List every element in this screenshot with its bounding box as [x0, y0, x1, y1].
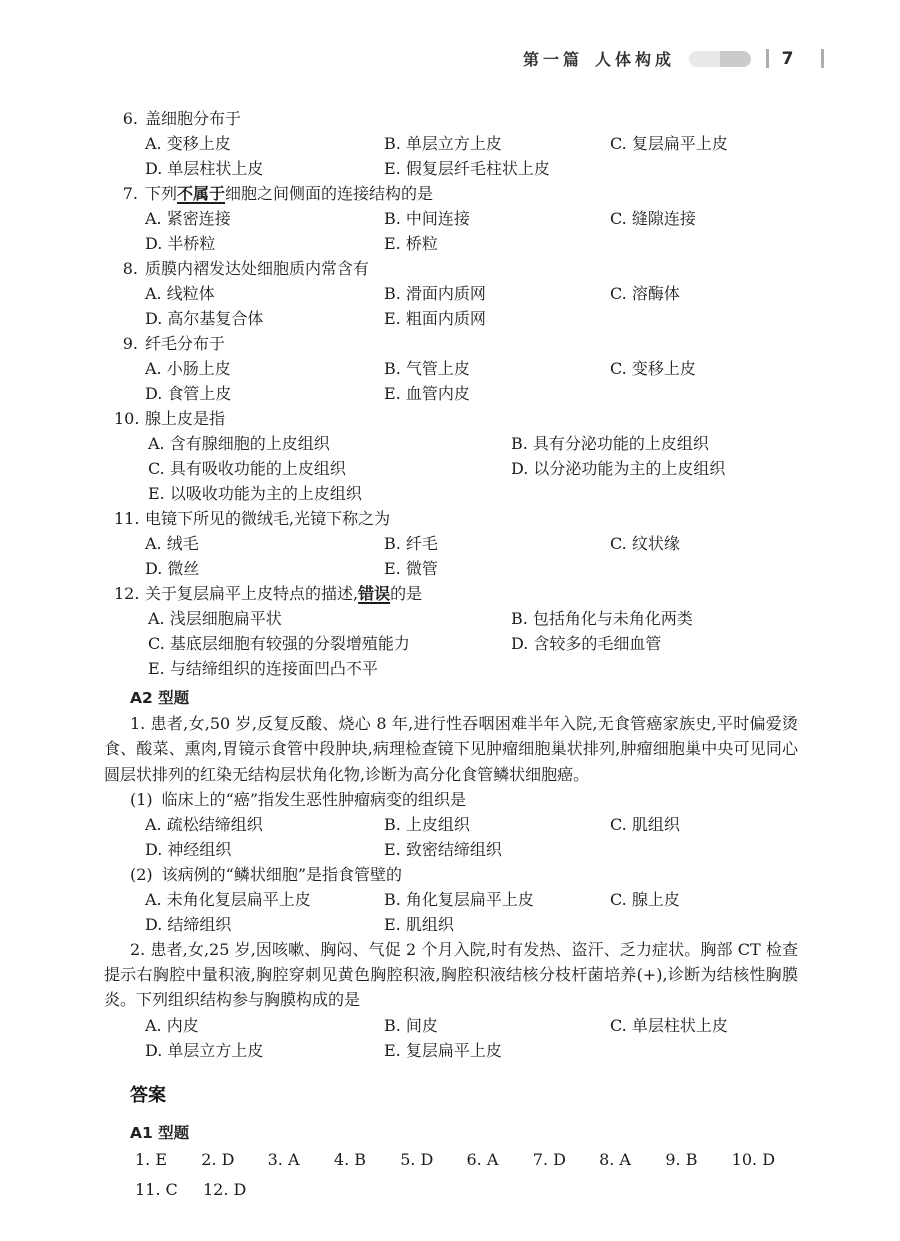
option-b: B. 具有分泌功能的上皮组织 [511, 431, 798, 456]
option-e: E. 致密结缔组织 [384, 837, 610, 862]
answer-item: 12. D [203, 1178, 271, 1203]
question-text: 下列 [145, 184, 177, 203]
option-d: D. 结缔组织 [145, 912, 384, 937]
question-stem: 7.下列不属于细胞之间侧面的连接结构的是 [104, 181, 798, 206]
question-stem: 9.纤毛分布于 [104, 331, 798, 356]
question-number: 9. [114, 331, 138, 356]
option-a: A. 小肠上皮 [145, 356, 384, 381]
option-e: E. 肌组织 [384, 912, 610, 937]
answer-item: 1. E [135, 1148, 201, 1173]
answers-group-a1-label: A1 型题 [130, 1124, 798, 1142]
page-header: 第一篇 人体构成 7 [523, 47, 824, 70]
option-e: E. 假复层纤毛柱状上皮 [384, 156, 610, 181]
question-text: 纤毛分布于 [145, 334, 225, 353]
question-7: 7.下列不属于细胞之间侧面的连接结构的是 A. 紧密连接 B. 中间连接 C. … [104, 181, 798, 256]
part-label: 第一篇 [523, 47, 583, 70]
question-11: 11.电镜下所见的微绒毛,光镜下称之为 A. 绒毛 B. 纤毛 C. 纹状缘 D… [104, 506, 798, 581]
question-number: 11. [114, 506, 138, 531]
answer-item: 9. B [665, 1148, 731, 1173]
option-row: A. 小肠上皮 B. 气管上皮 C. 变移上皮 [104, 356, 798, 381]
question-number: 8. [114, 256, 138, 281]
answer-item: 10. D [732, 1148, 798, 1173]
sub-question-1: (1)临床上的“癌”指发生恶性肿瘤病变的组织是 A. 疏松结缔组织 B. 上皮组… [104, 787, 798, 862]
option-row: D. 神经组织 E. 致密结缔组织 [104, 837, 798, 862]
answer-item: 8. A [599, 1148, 665, 1173]
option-c: C. 复层扁平上皮 [610, 131, 798, 156]
question-text: 质膜内褶发达处细胞质内常含有 [145, 259, 369, 278]
option-c: C. 肌组织 [610, 812, 798, 837]
answer-item: 4. B [334, 1148, 400, 1173]
page-number: 7 [769, 49, 806, 69]
question-number: 7. [114, 181, 138, 206]
option-b: B. 滑面内质网 [384, 281, 610, 306]
option-row: D. 单层柱状上皮 E. 假复层纤毛柱状上皮 [104, 156, 798, 181]
option-row: A. 浅层细胞扁平状 B. 包括角化与未角化两类 [104, 606, 798, 631]
option-e: E. 桥粒 [384, 231, 610, 256]
option-c: C. 缝隙连接 [610, 206, 798, 231]
option-e: E. 粗面内质网 [384, 306, 610, 331]
option-row: A. 疏松结缔组织 B. 上皮组织 C. 肌组织 [104, 812, 798, 837]
option-row: A. 绒毛 B. 纤毛 C. 纹状缘 [104, 531, 798, 556]
option-d: D. 含较多的毛细血管 [511, 631, 798, 656]
question-text: 电镜下所见的微绒毛,光镜下称之为 [145, 509, 390, 528]
question-9: 9.纤毛分布于 A. 小肠上皮 B. 气管上皮 C. 变移上皮 D. 食管上皮 … [104, 331, 798, 406]
option-e: E. 以吸收功能为主的上皮组织 [148, 481, 511, 506]
question-text: 关于复层扁平上皮特点的描述, [145, 584, 358, 603]
option-row: D. 高尔基复合体 E. 粗面内质网 [104, 306, 798, 331]
question-text: 的是 [390, 584, 422, 603]
answer-item: 3. A [268, 1148, 334, 1173]
option-row: D. 半桥粒 E. 桥粒 [104, 231, 798, 256]
option-d: D. 以分泌功能为主的上皮组织 [511, 456, 798, 481]
answer-item: 11. C [135, 1178, 203, 1203]
question-text: 盖细胞分布于 [145, 109, 241, 128]
case-paragraph-1: 1. 患者,女,50 岁,反复反酸、烧心 8 年,进行性吞咽困难半年入院,无食管… [104, 711, 798, 787]
option-row: D. 单层立方上皮 E. 复层扁平上皮 [104, 1038, 798, 1063]
option-d: D. 食管上皮 [145, 381, 384, 406]
option-e: E. 复层扁平上皮 [384, 1038, 610, 1063]
option-d: D. 单层柱状上皮 [145, 156, 384, 181]
option-b: B. 中间连接 [384, 206, 610, 231]
question-text: 细胞之间侧面的连接结构的是 [225, 184, 433, 203]
option-b: B. 上皮组织 [384, 812, 610, 837]
question-number: 12. [114, 581, 138, 606]
case-2-options: A. 内皮 B. 间皮 C. 单层柱状上皮 D. 单层立方上皮 E. 复层扁平上… [104, 1013, 798, 1063]
option-row: D. 食管上皮 E. 血管内皮 [104, 381, 798, 406]
question-number: 10. [114, 406, 138, 431]
question-text: 腺上皮是指 [145, 409, 225, 428]
question-stem: 8.质膜内褶发达处细胞质内常含有 [104, 256, 798, 281]
answers-heading: 答案 [130, 1085, 798, 1107]
answer-item: 5. D [400, 1148, 466, 1173]
option-b: B. 间皮 [384, 1013, 610, 1038]
question-stem: (2)该病例的“鳞状细胞”是指食管壁的 [104, 862, 798, 887]
option-d: D. 微丝 [145, 556, 384, 581]
option-b: B. 单层立方上皮 [384, 131, 610, 156]
option-row: A. 含有腺细胞的上皮组织 B. 具有分泌功能的上皮组织 [104, 431, 798, 456]
option-a: A. 紧密连接 [145, 206, 384, 231]
question-10: 10.腺上皮是指 A. 含有腺细胞的上皮组织 B. 具有分泌功能的上皮组织 C.… [104, 406, 798, 506]
option-row: D. 结缔组织 E. 肌组织 [104, 912, 798, 937]
option-e: E. 微管 [384, 556, 610, 581]
option-c: C. 具有吸收功能的上皮组织 [148, 456, 511, 481]
question-stem: 11.电镜下所见的微绒毛,光镜下称之为 [104, 506, 798, 531]
answers-row-2: 11. C 12. D [104, 1178, 798, 1203]
option-d: D. 高尔基复合体 [145, 306, 384, 331]
sub-question-2: (2)该病例的“鳞状细胞”是指食管壁的 A. 未角化复层扁平上皮 B. 角化复层… [104, 862, 798, 937]
option-d: D. 半桥粒 [145, 231, 384, 256]
option-row: D. 微丝 E. 微管 [104, 556, 798, 581]
header-divider-right [821, 49, 824, 68]
option-b: B. 角化复层扁平上皮 [384, 887, 610, 912]
option-a: A. 含有腺细胞的上皮组织 [148, 431, 511, 456]
question-6: 6.盖细胞分布于 A. 变移上皮 B. 单层立方上皮 C. 复层扁平上皮 D. … [104, 106, 798, 181]
option-c: C. 腺上皮 [610, 887, 798, 912]
question-12: 12.关于复层扁平上皮特点的描述,错误的是 A. 浅层细胞扁平状 B. 包括角化… [104, 581, 798, 681]
option-row: C. 具有吸收功能的上皮组织 D. 以分泌功能为主的上皮组织 [104, 456, 798, 481]
option-c: C. 基底层细胞有较强的分裂增殖能力 [148, 631, 511, 656]
option-row: E. 以吸收功能为主的上皮组织 [104, 481, 798, 506]
question-number: (2) [130, 865, 153, 884]
question-emphasis: 错误 [358, 584, 390, 603]
option-row: C. 基底层细胞有较强的分裂增殖能力 D. 含较多的毛细血管 [104, 631, 798, 656]
question-number: 6. [114, 106, 138, 131]
header-pill-decoration [689, 51, 751, 67]
option-c: C. 纹状缘 [610, 531, 798, 556]
option-a: A. 变移上皮 [145, 131, 384, 156]
option-d: D. 单层立方上皮 [145, 1038, 384, 1063]
option-c: C. 单层柱状上皮 [610, 1013, 798, 1038]
question-stem: 6.盖细胞分布于 [104, 106, 798, 131]
answer-item: 2. D [201, 1148, 267, 1173]
part-title: 人体构成 [595, 47, 675, 70]
option-d: D. 神经组织 [145, 837, 384, 862]
option-b: B. 气管上皮 [384, 356, 610, 381]
option-c: C. 溶酶体 [610, 281, 798, 306]
question-8: 8.质膜内褶发达处细胞质内常含有 A. 线粒体 B. 滑面内质网 C. 溶酶体 … [104, 256, 798, 331]
answer-item: 7. D [533, 1148, 599, 1173]
question-stem: (1)临床上的“癌”指发生恶性肿瘤病变的组织是 [104, 787, 798, 812]
option-row: A. 紧密连接 B. 中间连接 C. 缝隙连接 [104, 206, 798, 231]
option-b: B. 纤毛 [384, 531, 610, 556]
option-c: C. 变移上皮 [610, 356, 798, 381]
option-row: E. 与结缔组织的连接面凹凸不平 [104, 656, 798, 681]
option-a: A. 疏松结缔组织 [145, 812, 384, 837]
option-a: A. 线粒体 [145, 281, 384, 306]
option-a: A. 浅层细胞扁平状 [148, 606, 511, 631]
option-e: E. 与结缔组织的连接面凹凸不平 [148, 656, 511, 681]
question-text: 临床上的“癌”指发生恶性肿瘤病变的组织是 [162, 790, 466, 809]
question-stem: 10.腺上皮是指 [104, 406, 798, 431]
question-stem: 12.关于复层扁平上皮特点的描述,错误的是 [104, 581, 798, 606]
option-b: B. 包括角化与未角化两类 [511, 606, 798, 631]
section-heading-a2: A2 型题 [130, 685, 798, 711]
option-e: E. 血管内皮 [384, 381, 610, 406]
answers-row-1: 1. E 2. D 3. A 4. B 5. D 6. A 7. D 8. A … [104, 1148, 798, 1173]
option-row: A. 未角化复层扁平上皮 B. 角化复层扁平上皮 C. 腺上皮 [104, 887, 798, 912]
answer-item: 6. A [466, 1148, 532, 1173]
question-emphasis: 不属于 [177, 184, 225, 203]
option-a: A. 绒毛 [145, 531, 384, 556]
option-a: A. 未角化复层扁平上皮 [145, 887, 384, 912]
option-a: A. 内皮 [145, 1013, 384, 1038]
case-paragraph-2: 2. 患者,女,25 岁,因咳嗽、胸闷、气促 2 个月入院,时有发热、盗汗、乏力… [104, 937, 798, 1013]
page-body: 6.盖细胞分布于 A. 变移上皮 B. 单层立方上皮 C. 复层扁平上皮 D. … [104, 106, 798, 1203]
option-row: A. 线粒体 B. 滑面内质网 C. 溶酶体 [104, 281, 798, 306]
question-text: 该病例的“鳞状细胞”是指食管壁的 [162, 865, 402, 884]
option-row: A. 内皮 B. 间皮 C. 单层柱状上皮 [104, 1013, 798, 1038]
option-row: A. 变移上皮 B. 单层立方上皮 C. 复层扁平上皮 [104, 131, 798, 156]
question-number: (1) [130, 790, 153, 809]
